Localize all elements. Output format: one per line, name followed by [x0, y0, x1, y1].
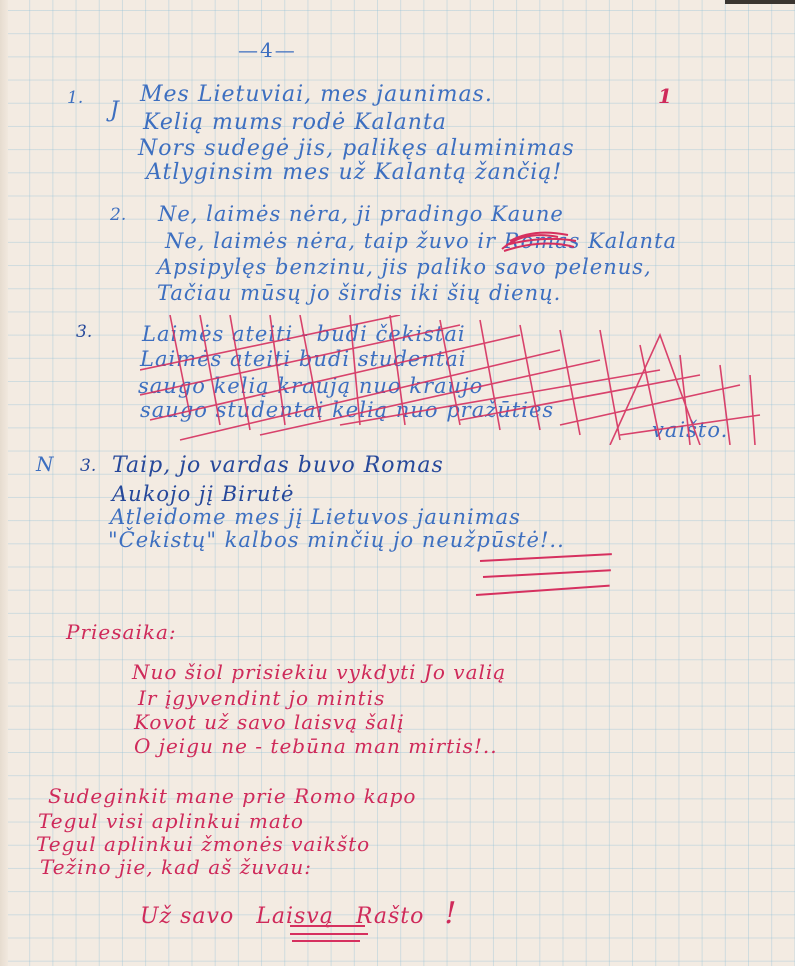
stanza-2-number: 2.	[110, 205, 126, 225]
oath-line-1: Nuo šiol prisiekiu vykdyti Jo valią	[132, 660, 506, 684]
page-left-edge	[0, 0, 8, 966]
oath-line-3: Kovot už savo laisvą šalį	[134, 710, 404, 734]
crossed-line-2: Laimės ateiti budi studentai	[140, 347, 467, 371]
stanza-1-number: 1.	[67, 88, 83, 108]
stanza-1-margin-mark: 1	[658, 84, 673, 108]
page-top-edge-shadow	[725, 0, 795, 4]
stanza-4-number: 3.	[80, 456, 96, 476]
closing-line-2: Tegul visi aplinkui mato	[38, 809, 304, 833]
oath-line-2: Ir įgyvendint jo mintis	[138, 686, 385, 710]
final-exclamation: !	[444, 896, 457, 931]
stanza-1-line-1: Mes Lietuviai, mes jaunimas.	[140, 82, 493, 107]
final-suffix: Rašto	[356, 904, 425, 929]
red-correction-scribble	[498, 225, 583, 257]
crossed-line-1: Laimės ateiti - budi čekistai	[142, 322, 466, 346]
stanza-1-line-3: Nors sudegė jis, palikęs aluminimas	[138, 136, 575, 161]
stanza-2-line-3: Apsipylęs benzinu, jis paliko savo pelen…	[157, 255, 652, 279]
crossed-line-4: saugo studentai kelią nuo pražūties	[140, 398, 554, 422]
stanza-2-line-4: Tačiau mūsų jo širdis iki šių dienų.	[157, 281, 561, 305]
stanza-4-line-4: "Čekistų" kalbos minčių jo neužpūstė!..	[108, 528, 565, 552]
stanza-4-line-1: Taip, jo vardas buvo Romas	[112, 453, 444, 478]
stanza-1-line-2: Kelią mums rodė Kalanta	[143, 110, 447, 135]
oath-line-4: O jeigu ne - tebūna man mirtis!..	[134, 734, 498, 758]
crossed-line-5: vaišto.	[652, 418, 728, 442]
closing-line-3: Tegul aplinkui žmonės vaikšto	[36, 832, 370, 856]
closing-line-4: Težino jie, kad aš žuvau:	[40, 855, 312, 879]
stanza-4-line-2: Aukojo jį Birutė	[112, 482, 294, 506]
final-underline-2	[290, 933, 368, 935]
stanza-4-margin-mark: N	[36, 452, 55, 476]
final-prefix: Už savo	[140, 904, 234, 929]
stanza-2-line-1: Ne, laimės nėra, ji pradingo Kaune	[158, 202, 564, 226]
oath-title: Priesaika:	[66, 620, 177, 644]
crossed-line-3: saugo kelią kraują nuo kraujo	[138, 374, 483, 398]
final-underline-1	[290, 925, 365, 927]
stanza-2-line-2: Ne, laimės nėra, taip žuvo ir Romas Kala…	[165, 229, 677, 253]
stanza-4-line-3: Atleidome mes jį Lietuvos jaunimas	[110, 505, 521, 529]
page-number: —4—	[238, 38, 297, 62]
final-underline-3	[292, 940, 360, 942]
stanza-1-prefix: J	[110, 98, 120, 123]
stanza-3-number: 3.	[76, 322, 92, 342]
stanza-1-line-4: Atlyginsim mes už Kalantą žančią!	[146, 160, 562, 185]
closing-line-1: Sudeginkit mane prie Romo kapo	[48, 784, 416, 808]
